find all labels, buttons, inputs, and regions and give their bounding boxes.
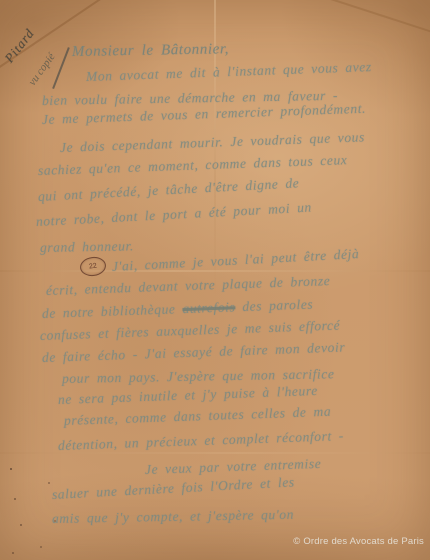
pencil-annotation: vu copié: [26, 51, 57, 88]
line-text: des paroles: [235, 297, 313, 315]
letter-line: saluer une dernière fois l'Ordre et les: [52, 474, 296, 503]
letter-line: grand honneur.: [40, 238, 134, 256]
letter-page: Pitard vu copié 22 Monsieur le Bâtonnier…: [0, 0, 430, 560]
letter-line: de faire écho - J'ai essayé de faire mon…: [42, 339, 346, 366]
paper-specks: [10, 468, 12, 470]
letter-line: détention, un précieux et complet réconf…: [58, 428, 344, 454]
letter-line: notre robe, dont le port a été pour moi …: [36, 200, 313, 230]
letter-line: Je dois cependant mourir. Je voudrais qu…: [60, 129, 365, 156]
letter-line: Je veux par votre entremise: [145, 456, 322, 478]
letter-line: ne sera pas inutile et j'y puise à l'heu…: [58, 383, 318, 408]
letter-line: amis que j'y compte, et j'espère qu'on: [52, 507, 294, 527]
oval-stamp: 22: [79, 255, 107, 277]
ink-annotation: Pitard: [1, 26, 37, 66]
corner-crease: [323, 0, 430, 34]
annotation-slash-mark: [52, 47, 69, 89]
letter-line: écrit, entendu devant votre plaque de br…: [46, 273, 331, 299]
copyright-watermark: © Ordre des Avocats de Paris: [293, 536, 424, 547]
line-text: de notre bibliothèque: [42, 301, 183, 321]
salutation: Monsieur le Bâtonnier,: [72, 41, 229, 61]
letter-line: qui ont précédé, je tâche d'être digne d…: [38, 175, 300, 205]
stamp-text: 22: [89, 263, 98, 271]
letter-line: Mon avocat me dit à l'instant que vous a…: [86, 59, 372, 85]
letter-line: sachiez qu'en ce moment, comme dans tous…: [38, 152, 348, 179]
letter-line-with-strikethrough: de notre bibliothèque autrefois des paro…: [42, 297, 314, 322]
strikethrough-word: autrefois: [182, 299, 235, 316]
horizontal-fold-crease: [0, 270, 430, 272]
letter-line: présente, comme dans toutes celles de ma: [64, 404, 332, 429]
letter-line: confuses et fières auxquelles je me suis…: [40, 318, 341, 344]
